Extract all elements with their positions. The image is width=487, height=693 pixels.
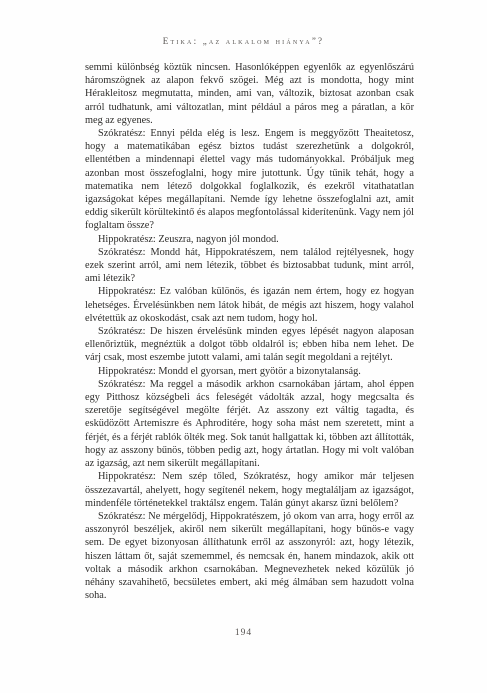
paragraph: Szókratész: Mondd hát, Hippokratészem, n… [85,246,414,286]
paragraph: Hippokratész: Mondd el gyorsan, mert gyö… [85,365,414,378]
paragraph: Szókratész: Ne mérgelődj, Hippokratészem… [85,510,414,602]
book-page: Etika: „az alkalom hiánya”? semmi különb… [0,0,487,693]
paragraph: Szókratész: Ma reggel a második arkhon c… [85,378,414,470]
page-body: semmi különbség köztük nincsen. Hasonlók… [85,61,414,602]
paragraph: Hippokratész: Nem szép tőled, Szókratész… [85,470,414,510]
paragraph: Szókratész: Ennyi példa elég is lesz. En… [85,127,414,233]
paragraph: semmi különbség köztük nincsen. Hasonlók… [85,61,414,127]
running-head: Etika: „az alkalom hiánya”? [0,36,487,46]
paragraph: Szókratész: De hiszen érvelésünk minden … [85,325,414,365]
page-number: 194 [0,628,487,638]
paragraph: Hippokratész: Zeuszra, nagyon jól mondod… [85,233,414,246]
paragraph: Hippokratész: Ez valóban különös, és iga… [85,285,414,325]
